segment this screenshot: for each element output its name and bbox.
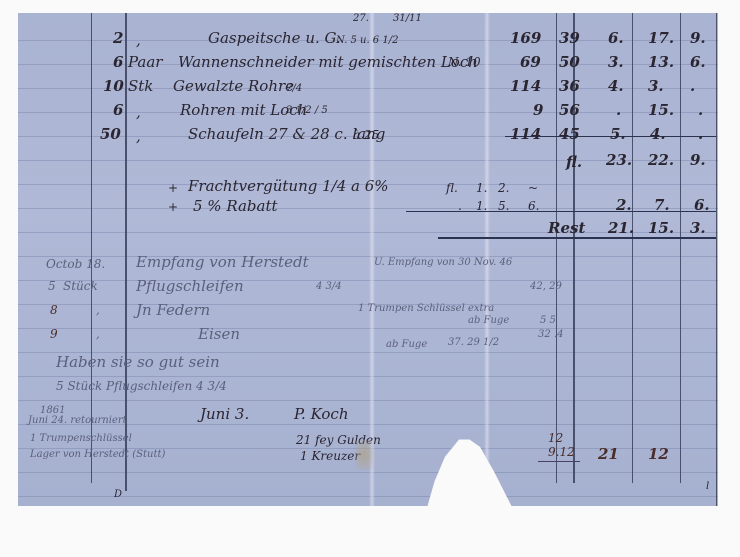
column-rule	[632, 13, 633, 483]
pencil-note: Lager von Herstedt (Stutt)	[30, 449, 165, 460]
column-rule	[680, 13, 681, 483]
column-rule	[91, 13, 92, 483]
final-rule	[538, 461, 580, 462]
pencil-note: Juni 24. retourniert	[28, 415, 127, 426]
pencil-note: 5 Stück Pflugschleifen 4 3/4	[56, 379, 227, 393]
top-note: 31/11	[393, 13, 422, 24]
column-rule	[556, 13, 557, 483]
column-rule	[716, 13, 717, 506]
top-note: 27.	[353, 13, 369, 24]
tear-stain	[355, 440, 373, 470]
invoice-paper: 27. 31/11 2 , Gaspeitsche u. G. N. 5 u. …	[18, 13, 718, 506]
pencil-note: 1 Trumpenschlüssel	[30, 433, 132, 444]
pencil-note: Haben sie so gut sein	[56, 353, 220, 371]
net-total-rule	[438, 237, 716, 239]
page-mark: D	[114, 489, 122, 500]
page-mark: l	[706, 481, 709, 492]
